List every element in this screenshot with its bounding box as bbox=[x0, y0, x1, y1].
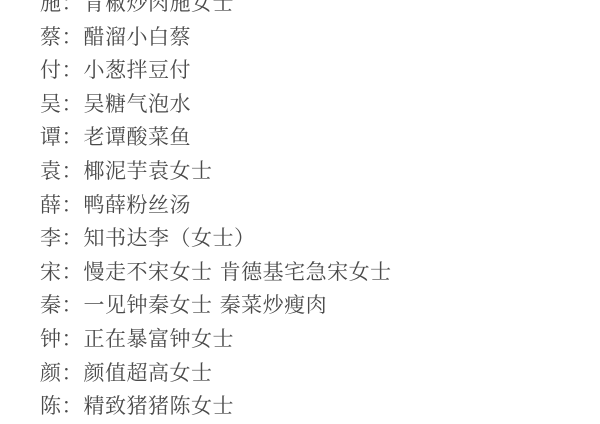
list-item: 施：青椒炒肉施女士 bbox=[40, 0, 600, 21]
surname: 蔡 bbox=[40, 21, 62, 55]
separator: ： bbox=[62, 54, 84, 88]
surname: 薛 bbox=[40, 189, 62, 223]
nickname: 青椒炒肉施女士 bbox=[84, 0, 235, 15]
surname-nickname-list: 施：青椒炒肉施女士 蔡：醋溜小白蔡 付：小葱拌豆付 吴：吴糖气泡水 谭：老谭酸菜… bbox=[40, 0, 600, 400]
nickname: 吴糖气泡水 bbox=[84, 92, 192, 116]
list-item: 陈：精致猪猪陈女士 bbox=[40, 390, 600, 400]
separator: ： bbox=[62, 256, 84, 290]
list-item: 蔡：醋溜小白蔡 bbox=[40, 21, 600, 55]
separator: ： bbox=[62, 222, 84, 256]
separator: ： bbox=[62, 155, 84, 189]
separator: ： bbox=[62, 88, 84, 122]
surname: 袁 bbox=[40, 155, 62, 189]
nickname: 鸭薛粉丝汤 bbox=[84, 193, 192, 217]
nickname: 慢走不宋女士 肯德基宅急宋女士 bbox=[84, 260, 392, 284]
nickname: 老谭酸菜鱼 bbox=[84, 125, 192, 149]
list-item: 李：知书达李（女士） bbox=[40, 222, 600, 256]
surname: 陈 bbox=[40, 390, 62, 400]
nickname: 正在暴富钟女士 bbox=[84, 327, 235, 351]
nickname: 精致猪猪陈女士 bbox=[84, 394, 235, 400]
nickname: 椰泥芋袁女士 bbox=[84, 159, 213, 183]
nickname: 小葱拌豆付 bbox=[84, 58, 192, 82]
nickname: 醋溜小白蔡 bbox=[84, 25, 192, 49]
separator: ： bbox=[62, 189, 84, 223]
separator: ： bbox=[62, 357, 84, 391]
surname: 施 bbox=[40, 0, 62, 21]
surname: 李 bbox=[40, 222, 62, 256]
separator: ： bbox=[62, 21, 84, 55]
separator: ： bbox=[62, 323, 84, 357]
list-item: 秦：一见钟秦女士 秦菜炒瘦肉 bbox=[40, 289, 600, 323]
nickname: 一见钟秦女士 秦菜炒瘦肉 bbox=[84, 293, 328, 317]
separator: ： bbox=[62, 121, 84, 155]
list-item: 颜：颜值超高女士 bbox=[40, 357, 600, 391]
surname: 宋 bbox=[40, 256, 62, 290]
surname: 谭 bbox=[40, 121, 62, 155]
surname: 颜 bbox=[40, 357, 62, 391]
surname: 钟 bbox=[40, 323, 62, 357]
list-item: 吴：吴糖气泡水 bbox=[40, 88, 600, 122]
list-item: 付：小葱拌豆付 bbox=[40, 54, 600, 88]
surname: 秦 bbox=[40, 289, 62, 323]
list-item: 钟：正在暴富钟女士 bbox=[40, 323, 600, 357]
surname: 付 bbox=[40, 54, 62, 88]
nickname: 颜值超高女士 bbox=[84, 361, 213, 385]
separator: ： bbox=[62, 390, 84, 400]
list-item: 袁：椰泥芋袁女士 bbox=[40, 155, 600, 189]
separator: ： bbox=[62, 0, 84, 21]
list-item: 谭：老谭酸菜鱼 bbox=[40, 121, 600, 155]
list-item: 薛：鸭薛粉丝汤 bbox=[40, 189, 600, 223]
separator: ： bbox=[62, 289, 84, 323]
nickname: 知书达李（女士） bbox=[84, 226, 256, 250]
surname: 吴 bbox=[40, 88, 62, 122]
list-item: 宋：慢走不宋女士 肯德基宅急宋女士 bbox=[40, 256, 600, 290]
